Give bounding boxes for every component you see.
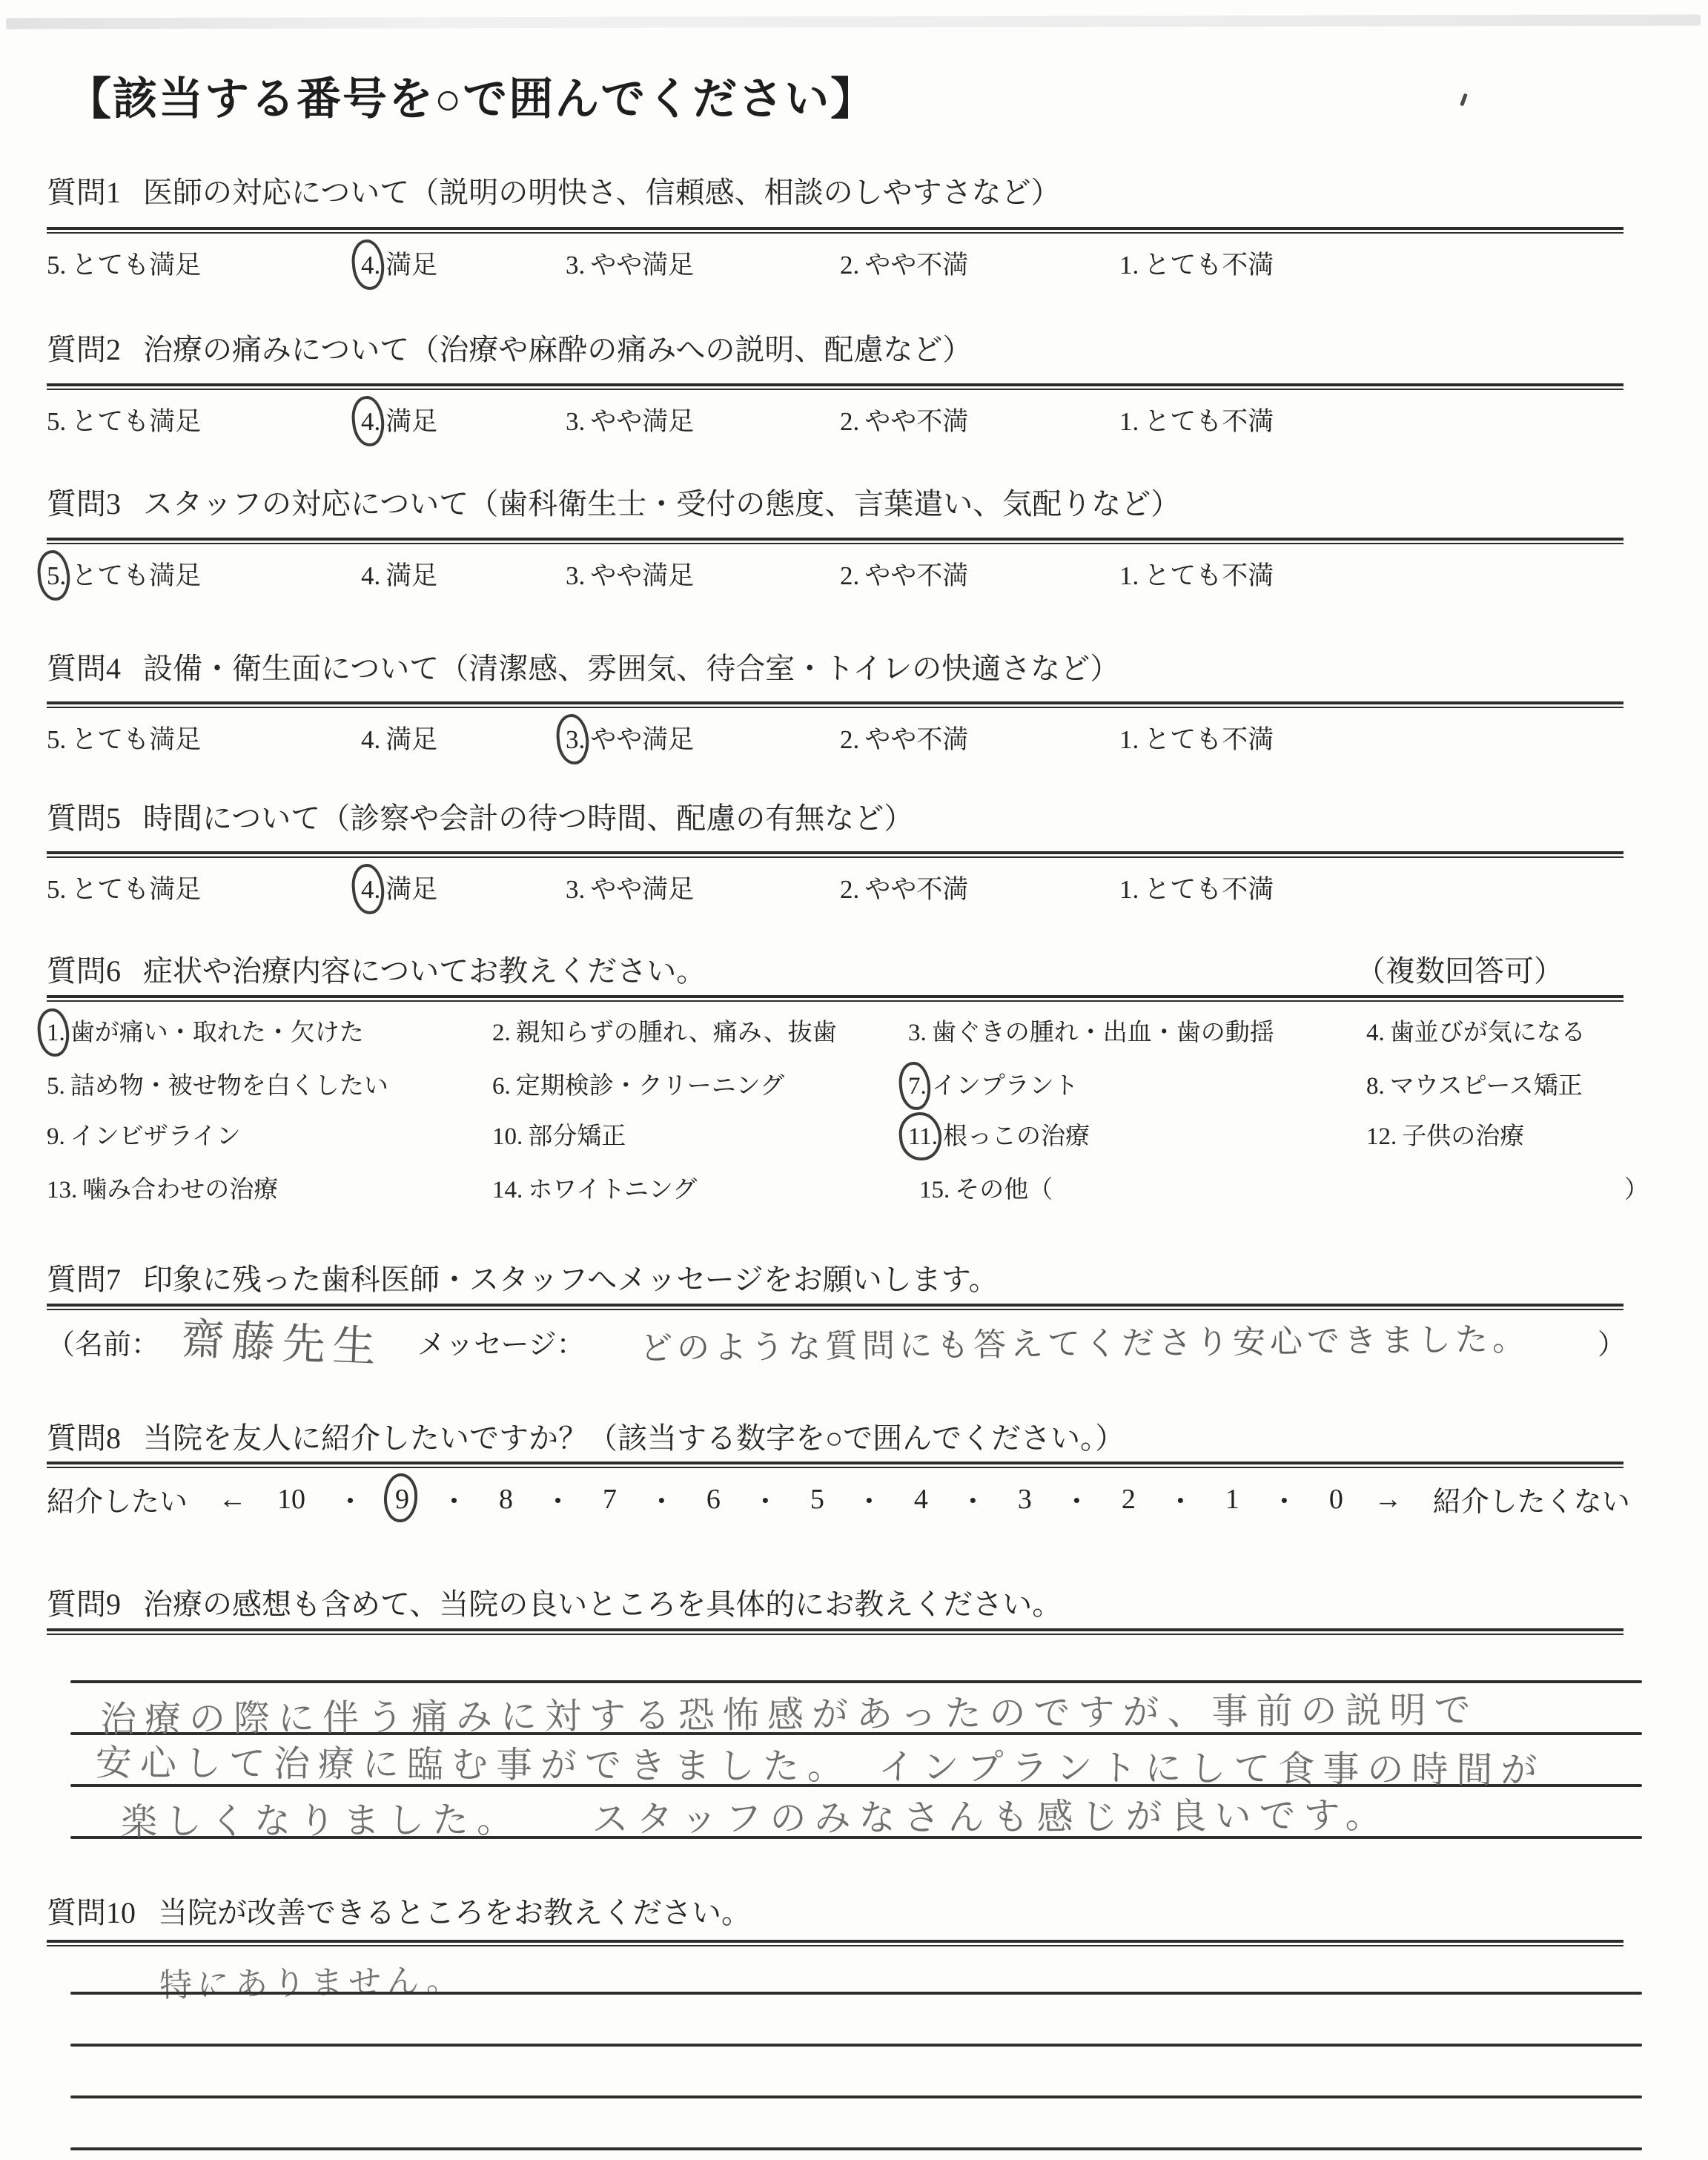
question-4: 質問4設備・衛生面について（清潔感、雰囲気、待合室・トイレの快適さなど） 5.と… bbox=[47, 645, 1634, 771]
question-topic: 医師の対応について（説明の明快さ、信頼感、相談のしやすさなど） bbox=[143, 176, 1061, 209]
option-number: 2. bbox=[492, 1020, 511, 1047]
rating-option: 3.やや満足 bbox=[566, 401, 694, 438]
symptom-option: 10.部分矯正 bbox=[492, 1117, 626, 1152]
question-6: 質問6症状や治療内容についてお教えください。 （複数回答可） 1.歯が痛い・取れ… bbox=[47, 948, 1634, 1229]
option-label: やや不満 bbox=[864, 875, 968, 904]
rating-options-row: 5.とても満足 4.満足 3.やや満足 2.やや不満 1.とても不満 bbox=[47, 245, 1634, 283]
header-underline bbox=[47, 851, 1623, 858]
option-number: 2. bbox=[840, 251, 859, 280]
rating-option: 1.とても不満 bbox=[1119, 401, 1274, 438]
option-number: 6. bbox=[492, 1073, 511, 1100]
scale-number: 3 bbox=[1018, 1483, 1032, 1516]
option-label: 根っこの治療 bbox=[943, 1123, 1090, 1150]
name-field-label: （名前： bbox=[47, 1321, 159, 1362]
scale-left-label: 紹介したい bbox=[47, 1479, 188, 1519]
rating-option: 1.とても不満 bbox=[1119, 555, 1274, 592]
referral-scale: 紹介したい ← 10 ・ 9 ・ 8 ・ 7 ・ 6 ・ 5 ・ 4 ・ 3 ・… bbox=[47, 1479, 1630, 1519]
option-label: 満足 bbox=[385, 875, 437, 904]
option-number: 14. bbox=[492, 1177, 523, 1204]
option-number: 5. bbox=[47, 875, 66, 905]
rating-option: 2.やや不満 bbox=[840, 719, 968, 756]
symptom-option: 15.その他（ bbox=[919, 1170, 1053, 1205]
option-number: 4. bbox=[361, 875, 380, 905]
option-number: 1. bbox=[1119, 561, 1139, 591]
question-label: 質問6 bbox=[47, 954, 121, 988]
rating-option: 1.とても不満 bbox=[1119, 245, 1274, 282]
question-8-header: 質問8当院を友人に紹介したいですか？（該当する数字を○で囲んでください。） bbox=[47, 1415, 1125, 1457]
option-label: 満足 bbox=[385, 407, 437, 436]
option-number: 3. bbox=[566, 407, 585, 437]
rating-option: 3.やや満足 bbox=[566, 555, 694, 592]
scale-number: 9 bbox=[395, 1483, 409, 1516]
scale-right-label: 紹介したくない bbox=[1433, 1479, 1630, 1519]
scale-separator: ・ bbox=[959, 1479, 987, 1519]
option-label: 歯ぐきの腫れ・出血・歯の動揺 bbox=[932, 1020, 1274, 1046]
option-number: 13. bbox=[47, 1177, 77, 1204]
scale-number: 7 bbox=[603, 1483, 617, 1516]
option-number: 5. bbox=[47, 1073, 65, 1100]
rating-options-row: 5.とても満足 4.満足 3.やや満足 2.やや不満 1.とても不満 bbox=[47, 401, 1634, 440]
option-label: とても不満 bbox=[1144, 561, 1274, 590]
option-label: 歯が痛い・取れた・欠けた bbox=[70, 1020, 364, 1046]
question-3-header: 質問3スタッフの対応について（歯科衛生士・受付の態度、言葉遣い、気配りなど） bbox=[47, 480, 1180, 523]
symptom-option: 13.噛み合わせの治療 bbox=[47, 1170, 278, 1205]
scale-separator: ・ bbox=[647, 1479, 675, 1519]
option-label: やや満足 bbox=[590, 875, 694, 904]
option-label: やや不満 bbox=[864, 407, 968, 436]
option-label: 詰め物・被せ物を白くしたい bbox=[70, 1073, 388, 1100]
rating-option: 5.とても満足 bbox=[47, 245, 201, 282]
option-number: 4. bbox=[361, 725, 380, 755]
option-label: とても満足 bbox=[71, 725, 201, 754]
symptom-option: 14.ホワイトニング bbox=[492, 1170, 697, 1205]
handwritten-answer-line: 楽しくなりました。 スタッフのみなさんも感じが良いです。 bbox=[121, 1787, 1390, 1846]
question-label: 質問8 bbox=[47, 1421, 121, 1455]
symptom-option: 12.子供の治療 bbox=[1366, 1117, 1524, 1152]
handwritten-message: どのような質問にも答えてくださり安心できました。 bbox=[640, 1312, 1530, 1370]
header-underline bbox=[47, 538, 1623, 544]
option-label: ホワイトニング bbox=[528, 1177, 697, 1203]
scale-separator: ・ bbox=[751, 1479, 779, 1519]
rating-option: 2.やや不満 bbox=[840, 869, 968, 906]
scanned-survey-form: 【該当する番号を○で囲んでください】 質問1医師の対応について（説明の明快さ、信… bbox=[0, 0, 1708, 2160]
ruled-line bbox=[70, 1992, 1642, 1995]
option-number: 5. bbox=[47, 725, 66, 755]
rating-options-row: 5.とても満足 4.満足 3.やや満足 2.やや不満 1.とても不満 bbox=[47, 719, 1634, 758]
question-7-header: 質問7印象に残った歯科医師・スタッフへメッセージをお願いします。 bbox=[47, 1256, 999, 1298]
header-underline bbox=[47, 1940, 1623, 1946]
option-label: とても不満 bbox=[1144, 725, 1274, 754]
question-label: 質問4 bbox=[47, 652, 121, 685]
handwritten-name: 齋藤先生 bbox=[180, 1304, 384, 1375]
message-field-label: メッセージ： bbox=[417, 1321, 585, 1362]
rating-options-row: 5.とても満足 4.満足 3.やや満足 2.やや不満 1.とても不満 bbox=[47, 555, 1634, 594]
question-1-header: 質問1医師の対応について（説明の明快さ、信頼感、相談のしやすさなど） bbox=[47, 169, 1061, 211]
option-number: 10. bbox=[492, 1123, 523, 1151]
rating-option: 5.とても満足 bbox=[47, 869, 201, 906]
scan-artifact-top-band bbox=[6, 15, 1701, 30]
option-number: 15. bbox=[919, 1177, 950, 1204]
option-label: インビザライン bbox=[70, 1123, 241, 1150]
scale-number: 2 bbox=[1122, 1483, 1136, 1516]
question-topic: 設備・衛生面について（清潔感、雰囲気、待合室・トイレの快適さなど） bbox=[143, 652, 1119, 685]
option-label: 親知らずの腫れ、痛み、抜歯 bbox=[516, 1020, 837, 1046]
option-label: とても不満 bbox=[1144, 251, 1274, 280]
option-label: やや不満 bbox=[864, 251, 968, 280]
symptom-option: 2.親知らずの腫れ、痛み、抜歯 bbox=[492, 1013, 837, 1048]
option-number: 4. bbox=[361, 251, 380, 280]
header-underline bbox=[47, 995, 1623, 1002]
question-9-header: 質問9治療の感想も含めて、当院の良いところを具体的にお教えください。 bbox=[47, 1581, 1062, 1623]
header-underline bbox=[47, 227, 1623, 234]
other-option-close-paren: ） bbox=[1624, 1170, 1649, 1205]
question-1: 質問1医師の対応について（説明の明快さ、信頼感、相談のしやすさなど） 5.とても… bbox=[47, 169, 1634, 295]
option-number: 3. bbox=[908, 1020, 927, 1047]
option-label: マウスピース矯正 bbox=[1390, 1073, 1583, 1100]
option-label: 歯並びが気になる bbox=[1390, 1020, 1586, 1046]
rating-option: 3.やや満足 bbox=[566, 719, 694, 756]
option-label: やや満足 bbox=[590, 561, 694, 590]
rating-option: 2.やや不満 bbox=[840, 245, 968, 282]
option-label: とても不満 bbox=[1144, 407, 1274, 436]
ruled-line bbox=[70, 2095, 1642, 2098]
scale-separator: ・ bbox=[336, 1479, 364, 1519]
option-label: やや満足 bbox=[590, 725, 694, 754]
ruled-line bbox=[70, 2147, 1642, 2150]
option-label: とても満足 bbox=[71, 251, 201, 280]
rating-option: 3.やや満足 bbox=[566, 869, 694, 906]
question-label: 質問10 bbox=[47, 1896, 136, 1929]
option-number: 5. bbox=[47, 561, 66, 591]
option-label: その他（ bbox=[955, 1177, 1053, 1203]
option-label: インプラント bbox=[932, 1073, 1079, 1100]
option-label: 満足 bbox=[385, 725, 437, 754]
option-number: 12. bbox=[1366, 1123, 1397, 1151]
rating-option: 4.満足 bbox=[361, 401, 437, 438]
form-title: 【該当する番号を○で囲んでください】 bbox=[67, 64, 876, 128]
scale-number: 1 bbox=[1225, 1483, 1239, 1516]
question-6-header: 質問6症状や治療内容についてお教えください。 bbox=[47, 948, 706, 990]
symptom-option: 5.詰め物・被せ物を白くしたい bbox=[47, 1066, 388, 1101]
header-underline bbox=[47, 701, 1623, 708]
scan-artifact-tick bbox=[1460, 93, 1468, 107]
question-topic: 当院を友人に紹介したいですか？（該当する数字を○で囲んでください。） bbox=[143, 1421, 1125, 1455]
scale-number: 8 bbox=[499, 1483, 513, 1516]
question-topic: 治療の痛みについて（治療や麻酔の痛みへの説明、配慮など） bbox=[143, 333, 972, 366]
option-label: 部分矯正 bbox=[528, 1123, 626, 1150]
scale-separator: ・ bbox=[1270, 1479, 1298, 1519]
close-paren: ） bbox=[1598, 1321, 1626, 1362]
question-9: 質問9治療の感想も含めて、当院の良いところを具体的にお教えください。 治療の際に… bbox=[47, 1581, 1634, 1848]
symptom-option: 1.歯が痛い・取れた・欠けた bbox=[47, 1013, 364, 1048]
symptom-option: 7.インプラント bbox=[908, 1066, 1079, 1101]
header-underline bbox=[47, 1628, 1623, 1635]
left-arrow-icon: ← bbox=[219, 1483, 247, 1516]
option-number: 2. bbox=[840, 561, 859, 591]
option-number: 1. bbox=[1119, 875, 1139, 905]
question-topic: 印象に残った歯科医師・スタッフへメッセージをお願いします。 bbox=[143, 1263, 999, 1296]
symptom-option: 11.根っこの治療 bbox=[908, 1117, 1090, 1152]
header-underline bbox=[47, 383, 1623, 390]
option-number: 4. bbox=[1366, 1020, 1385, 1047]
question-topic: 時間について（診察や会計の待つ時間、配慮の有無など） bbox=[143, 802, 913, 835]
option-number: 2. bbox=[840, 407, 859, 437]
option-number: 8. bbox=[1366, 1073, 1385, 1100]
rating-option: 2.やや不満 bbox=[840, 555, 968, 592]
rating-option: 5.とても満足 bbox=[47, 719, 201, 756]
option-number: 5. bbox=[47, 251, 66, 280]
rating-option: 3.やや満足 bbox=[566, 245, 694, 282]
scale-separator: ・ bbox=[855, 1479, 883, 1519]
question-topic: 当院が改善できるところをお教えください。 bbox=[158, 1896, 751, 1929]
scale-separator: ・ bbox=[440, 1479, 468, 1519]
rating-option: 1.とても不満 bbox=[1119, 719, 1274, 756]
scale-separator: ・ bbox=[1062, 1479, 1090, 1519]
question-8: 質問8当院を友人に紹介したいですか？（該当する数字を○で囲んでください。） 紹介… bbox=[47, 1415, 1634, 1533]
question-label: 質問7 bbox=[47, 1263, 121, 1296]
handwritten-answer: 特にありません。 bbox=[159, 1953, 464, 2006]
question-5: 質問5時間について（診察や会計の待つ時間、配慮の有無など） 5.とても満足 4.… bbox=[47, 795, 1634, 921]
option-number: 4. bbox=[361, 407, 380, 437]
symptom-option: 4.歯並びが気になる bbox=[1366, 1013, 1586, 1048]
rating-option: 4.満足 bbox=[361, 719, 437, 756]
option-label: やや不満 bbox=[864, 725, 968, 754]
question-7: 質問7印象に残った歯科医師・スタッフへメッセージをお願いします。 （名前： 齋藤… bbox=[47, 1256, 1634, 1397]
option-label: とても不満 bbox=[1144, 875, 1274, 904]
handwritten-answer-line: 治療の際に伴う痛みに対する恐怖感があったのですが、事前の説明で bbox=[100, 1682, 1479, 1743]
scale-separator: ・ bbox=[1166, 1479, 1194, 1519]
header-underline bbox=[47, 1462, 1623, 1468]
option-label: とても満足 bbox=[71, 407, 201, 436]
option-number: 7. bbox=[908, 1073, 927, 1100]
scale-number: 0 bbox=[1329, 1483, 1343, 1516]
ruled-line bbox=[70, 2044, 1642, 2047]
question-3: 質問3スタッフの対応について（歯科衛生士・受付の態度、言葉遣い、気配りなど） 5… bbox=[47, 480, 1634, 607]
question-5-header: 質問5時間について（診察や会計の待つ時間、配慮の有無など） bbox=[47, 795, 913, 837]
rating-option: 5.とても満足 bbox=[47, 401, 201, 438]
option-label: 噛み合わせの治療 bbox=[82, 1177, 278, 1203]
rating-option: 5.とても満足 bbox=[47, 555, 201, 592]
option-number: 2. bbox=[840, 725, 859, 755]
option-number: 1. bbox=[1119, 251, 1139, 280]
symptom-option: 9.インビザライン bbox=[47, 1117, 241, 1152]
question-label: 質問3 bbox=[47, 487, 121, 521]
question-label: 質問2 bbox=[47, 333, 121, 366]
option-number: 1. bbox=[47, 1020, 65, 1047]
option-label: やや不満 bbox=[864, 561, 968, 590]
question-4-header: 質問4設備・衛生面について（清潔感、雰囲気、待合室・トイレの快適さなど） bbox=[47, 645, 1119, 687]
question-topic: スタッフの対応について（歯科衛生士・受付の態度、言葉遣い、気配りなど） bbox=[143, 487, 1180, 521]
option-label: 満足 bbox=[385, 251, 437, 280]
question-topic: 症状や治療内容についてお教えください。 bbox=[143, 954, 706, 988]
question-10-header: 質問10当院が改善できるところをお教えください。 bbox=[47, 1889, 751, 1932]
option-number: 11. bbox=[908, 1123, 938, 1151]
symptom-option: 3.歯ぐきの腫れ・出血・歯の動揺 bbox=[908, 1013, 1274, 1048]
question-2: 質問2治療の痛みについて（治療や麻酔の痛みへの説明、配慮など） 5.とても満足 … bbox=[47, 326, 1634, 452]
symptom-option: 6.定期検診・クリーニング bbox=[492, 1066, 784, 1101]
multiple-answers-note: （複数回答可） bbox=[1356, 948, 1563, 990]
option-number: 1. bbox=[1119, 407, 1139, 437]
option-number: 9. bbox=[47, 1123, 65, 1151]
option-number: 5. bbox=[47, 407, 66, 437]
question-topic: 治療の感想も含めて、当院の良いところを具体的にお教えください。 bbox=[143, 1588, 1062, 1621]
scale-separator: ・ bbox=[543, 1479, 572, 1519]
option-label: やや満足 bbox=[590, 251, 694, 280]
right-arrow-icon: → bbox=[1374, 1483, 1402, 1516]
option-number: 4. bbox=[361, 561, 380, 591]
option-number: 2. bbox=[840, 875, 859, 905]
rating-option: 1.とても不満 bbox=[1119, 869, 1274, 906]
option-label: やや満足 bbox=[590, 407, 694, 436]
rating-option: 4.満足 bbox=[361, 869, 437, 906]
option-number: 3. bbox=[566, 875, 585, 905]
symptom-option: 8.マウスピース矯正 bbox=[1366, 1066, 1583, 1101]
option-label: とても満足 bbox=[71, 875, 201, 904]
scale-number: 5 bbox=[810, 1483, 824, 1516]
scale-number: 4 bbox=[914, 1483, 928, 1516]
option-number: 3. bbox=[566, 725, 585, 755]
option-number: 3. bbox=[566, 251, 585, 280]
rating-option: 4.満足 bbox=[361, 245, 437, 282]
option-label: とても満足 bbox=[71, 561, 201, 590]
handwritten-answer-line: 安心して治療に臨む事ができました。 インプラントにして食事の時間が bbox=[96, 1734, 1546, 1794]
question-label: 質問5 bbox=[47, 802, 121, 835]
option-number: 3. bbox=[566, 561, 585, 591]
rating-options-row: 5.とても満足 4.満足 3.やや満足 2.やや不満 1.とても不満 bbox=[47, 869, 1634, 908]
scale-number: 10 bbox=[277, 1483, 305, 1516]
question-label: 質問9 bbox=[47, 1588, 121, 1621]
question-label: 質問1 bbox=[47, 176, 121, 209]
question-2-header: 質問2治療の痛みについて（治療や麻酔の痛みへの説明、配慮など） bbox=[47, 326, 972, 369]
option-number: 1. bbox=[1119, 725, 1139, 755]
rating-option: 2.やや不満 bbox=[840, 401, 968, 438]
option-label: 満足 bbox=[385, 561, 437, 590]
rating-option: 4.満足 bbox=[361, 555, 437, 592]
scale-number: 6 bbox=[706, 1483, 721, 1516]
option-label: 子供の治療 bbox=[1402, 1123, 1524, 1150]
question-10: 質問10当院が改善できるところをお教えください。 特にありません。 bbox=[47, 1889, 1634, 2156]
option-label: 定期検診・クリーニング bbox=[516, 1073, 784, 1100]
